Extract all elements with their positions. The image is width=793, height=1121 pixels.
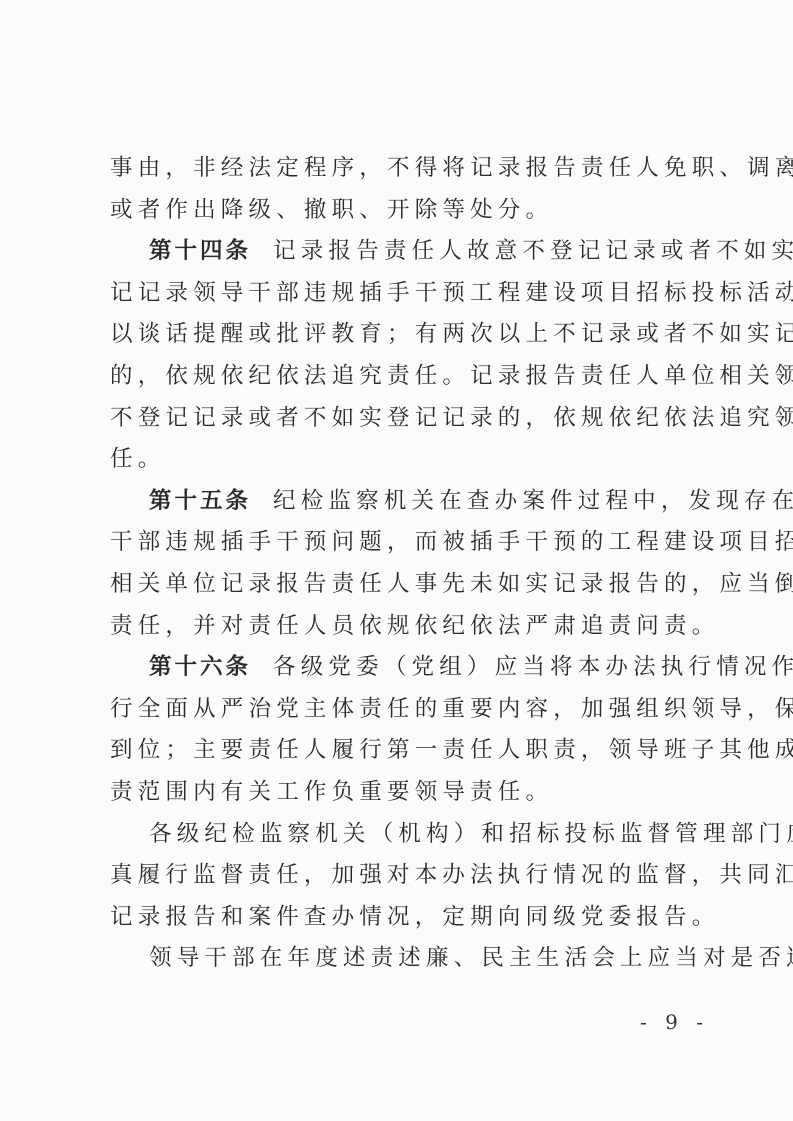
- text-line: 的，依规依纪依法追究责任。记录报告责任人单位相关领导授意: [110, 356, 698, 398]
- article-15-line: 第十五条纪检监察机关在查办案件过程中，发现存在领导: [110, 481, 698, 523]
- text-line: 相关单位记录报告责任人事先未如实记录报告的，应当倒查相关: [110, 564, 698, 606]
- article-text: 记录报告责任人故意不登记记录或者不如实登: [273, 238, 793, 264]
- text-line: 责范围内有关工作负重要领导责任。: [110, 772, 698, 814]
- text-line: 任。: [110, 439, 698, 481]
- text-line: 行全面从严治党主体责任的重要内容，加强组织领导，保障落实: [110, 689, 698, 731]
- article-number: 第十四条: [149, 238, 251, 264]
- article-text: 纪检监察机关在查办案件过程中，发现存在领导: [273, 488, 793, 514]
- article-number: 第十五条: [149, 488, 251, 514]
- article-number: 第十六条: [149, 654, 251, 680]
- text-line: 或者作出降级、撤职、开除等处分。: [110, 190, 698, 232]
- text-line: 到位；主要责任人履行第一责任人职责，领导班子其他成员对职: [110, 730, 698, 772]
- article-14-line: 第十四条记录报告责任人故意不登记记录或者不如实登: [110, 231, 698, 273]
- page-number: - 9 -: [640, 1010, 709, 1034]
- article-text: 各级党委（党组）应当将本办法执行情况作为履: [273, 654, 793, 680]
- text-line: 各级纪检监察机关（机构）和招标投标监督管理部门应当认: [110, 814, 698, 856]
- text-line: 以谈话提醒或批评教育；有两次以上不记录或者不如实记录情形: [110, 314, 698, 356]
- text-line: 领导干部在年度述责述廉、民主生活会上应当对是否违规插: [110, 938, 698, 980]
- text-line: 记记录领导干部违规插手干预工程建设项目招标投标活动的，予: [110, 273, 698, 315]
- document-body: 事由，非经法定程序，不得将记录报告责任人免职、调离、辞退 或者作出降级、撤职、开…: [110, 148, 698, 980]
- text-line: 事由，非经法定程序，不得将记录报告责任人免职、调离、辞退: [110, 148, 698, 190]
- text-line: 责任，并对责任人员依规依纪依法严肃追责问责。: [110, 606, 698, 648]
- text-line: 记录报告和案件查办情况，定期向同级党委报告。: [110, 897, 698, 939]
- text-line: 干部违规插手干预问题，而被插手干预的工程建设项目招标人和: [110, 522, 698, 564]
- text-line: 真履行监督责任，加强对本办法执行情况的监督，共同汇总分析: [110, 855, 698, 897]
- text-line: 不登记记录或者不如实登记记录的，依规依纪依法追究领导责: [110, 398, 698, 440]
- article-16-line: 第十六条各级党委（党组）应当将本办法执行情况作为履: [110, 647, 698, 689]
